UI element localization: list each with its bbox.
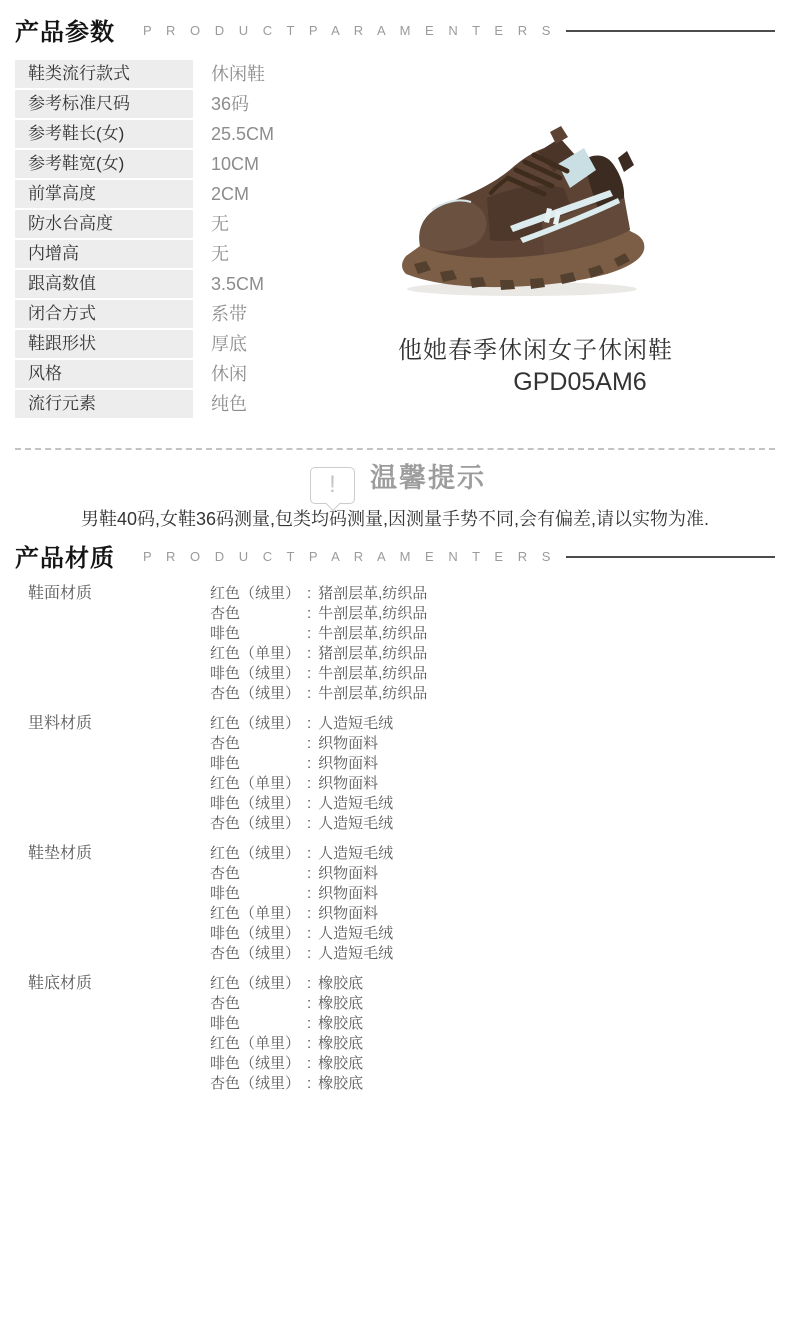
material-line: 杏色（绒里）:人造短毛绒 [210, 814, 393, 834]
materials-list: 鞋面材质 红色（绒里）:猪剖层革,纺织品 杏色:牛剖层革,纺织品 啡色:牛剖层革… [28, 584, 768, 1104]
param-label: 防水台高度 [15, 210, 193, 238]
material-line: 杏色:橡胶底 [210, 994, 363, 1014]
material-line: 啡色:橡胶底 [210, 1014, 363, 1034]
material-group-insole: 鞋垫材质 红色（绒里）:人造短毛绒 杏色:织物面料 啡色:织物面料 红色（单里）… [28, 844, 768, 964]
table-row: 鞋类流行款式 休闲鞋 [15, 60, 385, 90]
param-label: 参考标准尺码 [15, 90, 193, 118]
param-value: 3.5CM [211, 270, 264, 298]
exclamation-bubble-icon: ! [310, 467, 355, 504]
section-subtitle: P R O D U C T P A R A M E N T E R S [143, 23, 556, 38]
material-line: 啡色（绒里）:人造短毛绒 [210, 924, 393, 944]
param-value: 休闲鞋 [211, 60, 265, 88]
section-title: 产品参数 [15, 12, 115, 47]
param-label: 参考鞋长(女) [15, 120, 193, 148]
table-row: 参考鞋长(女) 25.5CM [15, 120, 385, 150]
material-label: 里料材质 [28, 714, 210, 834]
parameters-table: 鞋类流行款式 休闲鞋 参考标准尺码 36码 参考鞋长(女) 25.5CM 参考鞋… [15, 60, 385, 420]
table-row: 流行元素 纯色 [15, 390, 385, 420]
table-row: 闭合方式 系带 [15, 300, 385, 330]
section-rule-line [566, 556, 775, 558]
material-line: 红色（绒里）:人造短毛绒 [210, 844, 393, 864]
material-label: 鞋面材质 [28, 584, 210, 704]
param-value: 纯色 [211, 390, 247, 418]
table-row: 防水台高度 无 [15, 210, 385, 240]
material-line: 杏色:织物面料 [210, 734, 393, 754]
section-header-materials: 产品材质 P R O D U C T P A R A M E N T E R S [15, 538, 775, 573]
material-line: 啡色（绒里）:人造短毛绒 [210, 794, 393, 814]
material-line: 杏色（绒里）:橡胶底 [210, 1074, 363, 1094]
product-photo-shoe [392, 126, 662, 301]
param-label: 跟高数值 [15, 270, 193, 298]
param-value: 系带 [211, 300, 247, 328]
param-value: 休闲 [211, 360, 247, 388]
material-group-lining: 里料材质 红色（绒里）:人造短毛绒 杏色:织物面料 啡色:织物面料 红色（单里）… [28, 714, 768, 834]
param-value: 无 [211, 210, 229, 238]
material-line: 杏色（绒里）:人造短毛绒 [210, 944, 393, 964]
section-header-params: 产品参数 P R O D U C T P A R A M E N T E R S [15, 12, 775, 47]
tips-title: 温馨提示 [370, 456, 486, 495]
material-lines: 红色（绒里）:人造短毛绒 杏色:织物面料 啡色:织物面料 红色（单里）:织物面料… [210, 844, 393, 964]
material-line: 红色（绒里）:猪剖层革,纺织品 [210, 584, 427, 604]
section-title: 产品材质 [15, 538, 115, 573]
material-line: 红色（单里）:织物面料 [210, 774, 393, 794]
material-line: 啡色:牛剖层革,纺织品 [210, 624, 427, 644]
product-detail-page: 产品参数 P R O D U C T P A R A M E N T E R S… [0, 0, 790, 1330]
param-label: 风格 [15, 360, 193, 388]
dashed-divider [15, 448, 775, 450]
section-rule-line [566, 30, 775, 32]
material-line: 啡色:织物面料 [210, 754, 393, 774]
shoe-illustration [392, 126, 662, 301]
table-row: 风格 休闲 [15, 360, 385, 390]
param-label: 鞋跟形状 [15, 330, 193, 358]
param-label: 闭合方式 [15, 300, 193, 328]
param-label: 鞋类流行款式 [15, 60, 193, 88]
material-line: 红色（绒里）:橡胶底 [210, 974, 363, 994]
table-row: 参考标准尺码 36码 [15, 90, 385, 120]
material-lines: 红色（绒里）:橡胶底 杏色:橡胶底 啡色:橡胶底 红色（单里）:橡胶底 啡色（绒… [210, 974, 363, 1094]
param-label: 内增高 [15, 240, 193, 268]
param-label: 参考鞋宽(女) [15, 150, 193, 178]
table-row: 跟高数值 3.5CM [15, 270, 385, 300]
table-row: 鞋跟形状 厚底 [15, 330, 385, 360]
material-line: 红色（单里）:织物面料 [210, 904, 393, 924]
material-line: 红色（单里）:橡胶底 [210, 1034, 363, 1054]
product-model-code: GPD05AM6 [460, 368, 700, 397]
material-lines: 红色（绒里）:人造短毛绒 杏色:织物面料 啡色:织物面料 红色（单里）:织物面料… [210, 714, 393, 834]
material-line: 红色（绒里）:人造短毛绒 [210, 714, 393, 734]
section-subtitle: P R O D U C T P A R A M E N T E R S [143, 549, 556, 564]
table-row: 参考鞋宽(女) 10CM [15, 150, 385, 180]
material-label: 鞋底材质 [28, 974, 210, 1094]
param-value: 2CM [211, 180, 249, 208]
material-line: 啡色:织物面料 [210, 884, 393, 904]
material-label: 鞋垫材质 [28, 844, 210, 964]
material-line: 啡色（绒里）:橡胶底 [210, 1054, 363, 1074]
param-value: 36码 [211, 90, 249, 118]
material-group-sole: 鞋底材质 红色（绒里）:橡胶底 杏色:橡胶底 啡色:橡胶底 红色（单里）:橡胶底… [28, 974, 768, 1094]
material-line: 杏色:织物面料 [210, 864, 393, 884]
material-line: 啡色（绒里）:牛剖层革,纺织品 [210, 664, 427, 684]
param-value: 无 [211, 240, 229, 268]
material-line: 红色（单里）:猪剖层革,纺织品 [210, 644, 427, 664]
param-value: 25.5CM [211, 120, 274, 148]
table-row: 内增高 无 [15, 240, 385, 270]
material-line: 杏色（绒里）:牛剖层革,纺织品 [210, 684, 427, 704]
param-label: 前掌高度 [15, 180, 193, 208]
param-value: 10CM [211, 150, 259, 178]
product-name: 他她春季休闲女子休闲鞋 [398, 330, 688, 365]
material-line: 杏色:牛剖层革,纺织品 [210, 604, 427, 624]
material-lines: 红色（绒里）:猪剖层革,纺织品 杏色:牛剖层革,纺织品 啡色:牛剖层革,纺织品 … [210, 584, 427, 704]
param-label: 流行元素 [15, 390, 193, 418]
tips-note: 男鞋40码,女鞋36码测量,包类均码测量,因测量手势不同,会有偏差,请以实物为准… [0, 505, 790, 531]
table-row: 前掌高度 2CM [15, 180, 385, 210]
param-value: 厚底 [211, 330, 247, 358]
material-group-upper: 鞋面材质 红色（绒里）:猪剖层革,纺织品 杏色:牛剖层革,纺织品 啡色:牛剖层革… [28, 584, 768, 704]
